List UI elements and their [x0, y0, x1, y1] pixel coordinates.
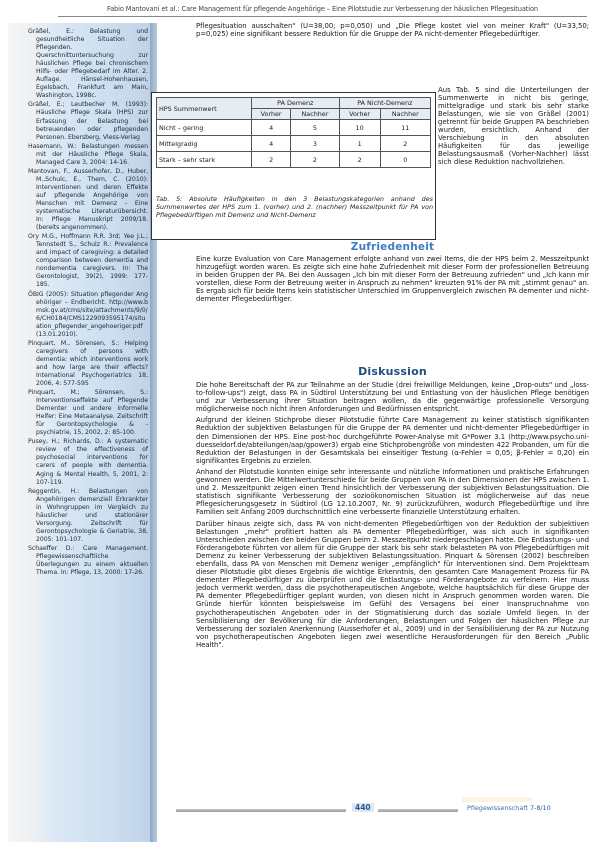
paragraph: Die hohe Bereitschaft der PA zur Teilnah…	[196, 381, 589, 413]
footer-highlight	[462, 797, 532, 802]
table-5-box: HPS Summenwert PA Demenz PA Nicht-Demenz…	[151, 92, 436, 240]
satisfaction-body: Eine kurze Evaluation von Care Managemen…	[196, 255, 589, 307]
cell: 11	[380, 120, 430, 136]
reference-item: ÖBIG (2005): Situation pflegender Angehö…	[28, 291, 148, 339]
group-header-dementia: PA Demenz	[251, 98, 339, 109]
intro-paragraph: Pflegesituation ausschalten" (U=38,00; p…	[196, 22, 589, 38]
reference-item: Schaeffer D.: Care Management. Pflegewis…	[28, 545, 148, 577]
cell: 2	[291, 152, 339, 168]
cell: 10	[339, 120, 380, 136]
journal-issue: 7-8/10	[530, 804, 551, 812]
footer-bar-left	[176, 809, 346, 812]
table-row: Mittelgradig 4 3 1 2	[157, 136, 431, 152]
paragraph: Anhand der Pilotstudie konnten einige se…	[196, 468, 589, 517]
paragraph: Aufgrund der kleinen Stichprobe dieser P…	[196, 416, 589, 465]
cell: 2	[339, 152, 380, 168]
section-heading-satisfaction: Zufriedenheit	[196, 241, 589, 253]
header-rule	[58, 16, 587, 17]
hps-table: HPS Summenwert PA Demenz PA Nicht-Demenz…	[156, 97, 431, 168]
reference-item: Ory M.G., Hoffmann R.R. 3rd; Yee J.L.; T…	[28, 233, 148, 289]
cell: 1	[339, 136, 380, 152]
sub-header: Vorher	[251, 109, 290, 120]
reference-item: Pinquart, M.; Sörensen, S.: Intervention…	[28, 389, 148, 437]
page-number: 440	[352, 803, 374, 812]
paragraph: Eine kurze Evaluation von Care Managemen…	[196, 255, 589, 304]
reference-list: Gräßel, E.: Belastung und gesundheitlich…	[28, 28, 148, 578]
reference-item: Gräßel, E.: Belastung und gesundheitlich…	[28, 28, 148, 100]
sub-header: Nachher	[380, 109, 430, 120]
row-label: Stark – sehr stark	[157, 152, 252, 168]
row-label: Nicht – gering	[157, 120, 252, 136]
section-heading-discussion: Diskussion	[196, 366, 589, 378]
table-row: Stark – sehr stark 2 2 2 0	[157, 152, 431, 168]
aside-paragraph: Aus Tab. 5 sind die Unterteilungen der S…	[438, 86, 589, 166]
journal-name: Pflegewissenschaft	[467, 804, 528, 812]
cell: 2	[380, 136, 430, 152]
reference-item: Gräßel, E.; Leutbecher M. (1993): Häusli…	[28, 101, 148, 141]
running-head-text: Fabio Mantovani et al.: Care Management …	[107, 5, 538, 13]
group-header-non-dementia: PA Nicht-Demenz	[339, 98, 430, 109]
reference-item: Pinquart, M., Sörensen, S.: Helping care…	[28, 340, 148, 388]
cell: 4	[251, 136, 290, 152]
reference-item: Reggentin, H.: Belastungen von Angehörig…	[28, 488, 148, 544]
table-row: Nicht – gering 4 5 10 11	[157, 120, 431, 136]
cell: 3	[291, 136, 339, 152]
sub-header: Nachher	[291, 109, 339, 120]
sub-header: Vorher	[339, 109, 380, 120]
reference-item: Mantovan, F., Ausserhofer, D., Huber, M.…	[28, 168, 148, 232]
cell: 4	[251, 120, 290, 136]
journal-label: Pflegewissenschaft 7-8/10	[467, 804, 551, 812]
cell: 2	[251, 152, 290, 168]
cell: 0	[380, 152, 430, 168]
intro-continuation: Pflegesituation ausschalten" (U=38,00; p…	[196, 22, 589, 41]
reference-item: Hasemann, W.: Belastungen messen mit der…	[28, 143, 148, 167]
table-caption: Tab. 5: Absolute Häufigkeiten in den 3 B…	[156, 196, 433, 220]
footer-bar-middle	[378, 809, 458, 812]
cell: 5	[291, 120, 339, 136]
table-corner-label: HPS Summenwert	[157, 98, 252, 120]
paragraph: Darüber hinaus zeigte sich, dass PA von …	[196, 520, 589, 650]
row-label: Mittelgradig	[157, 136, 252, 152]
running-head: Fabio Mantovani et al.: Care Management …	[50, 0, 595, 18]
reference-item: Pusey, H.; Richards, D.: A systematic re…	[28, 438, 148, 486]
discussion-body: Die hohe Bereitschaft der PA zur Teilnah…	[196, 381, 589, 652]
